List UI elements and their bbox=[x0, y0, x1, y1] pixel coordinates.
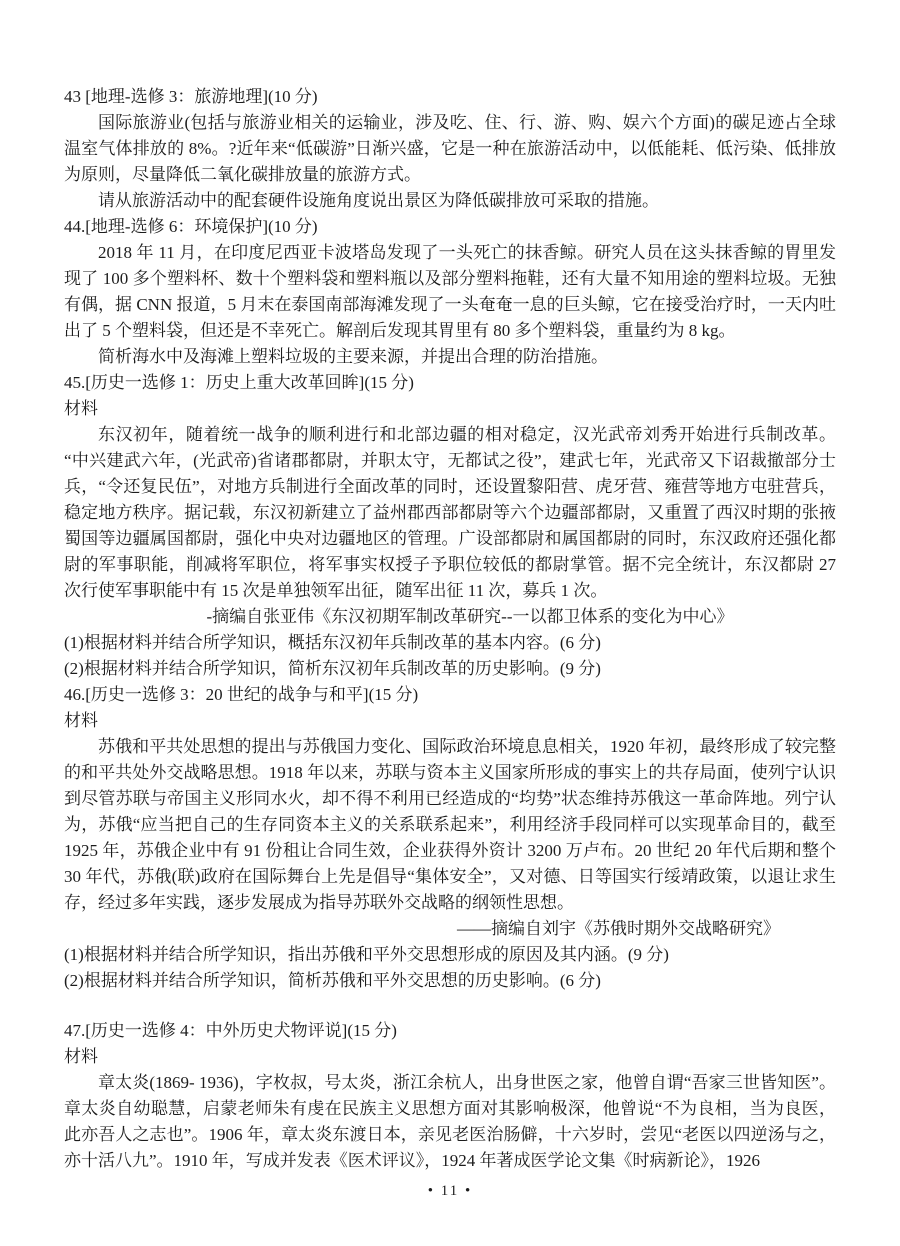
section-question-45: 45.[历史一选修 1：历史上重大改革回眸](15 分) 材料 东汉初年，随着统… bbox=[64, 370, 836, 682]
question-46-material-label: 材料 bbox=[64, 708, 836, 734]
question-45-heading: 45.[历史一选修 1：历史上重大改革回眸](15 分) bbox=[64, 370, 836, 396]
question-43-heading: 43 [地理-选修 3：旅游地理](10 分) bbox=[64, 84, 836, 110]
exam-page: 43 [地理-选修 3：旅游地理](10 分) 国际旅游业(包括与旅游业相关的运… bbox=[0, 0, 900, 1246]
question-46-subquestion-2: (2)根据材料并结合所学知识，简析苏俄和平外交思想的历史影响。(6 分) bbox=[64, 968, 836, 994]
question-47-material-text: 章太炎(1869- 1936)，字枚叔，号太炎，浙江余杭人，出身世医之家，他曾自… bbox=[64, 1070, 836, 1174]
section-question-43: 43 [地理-选修 3：旅游地理](10 分) 国际旅游业(包括与旅游业相关的运… bbox=[64, 84, 836, 214]
question-46-material-text: 苏俄和平共处思想的提出与苏俄国力变化、国际政治环境息息相关，1920 年初，最终… bbox=[64, 734, 836, 916]
question-46-subquestion-1: (1)根据材料并结合所学知识，指出苏俄和平外交思想形成的原因及其内涵。(9 分) bbox=[64, 942, 836, 968]
question-45-citation: -摘编自张亚伟《东汉初期军制改革研究--一以都卫体系的变化为中心》 bbox=[64, 604, 836, 630]
question-44-heading: 44.[地理-选修 6：环境保护](10 分) bbox=[64, 214, 836, 240]
page-number: • 11 • bbox=[64, 1178, 836, 1204]
section-question-44: 44.[地理-选修 6：环境保护](10 分) 2018 年 11 月，在印度尼… bbox=[64, 214, 836, 370]
question-43-material-text: 国际旅游业(包括与旅游业相关的运输业，涉及吃、住、行、游、购、娱六个方面)的碳足… bbox=[64, 110, 836, 188]
section-question-47: 47.[历史一选修 4：中外历史犬物评说](15 分) 材料 章太炎(1869-… bbox=[64, 1018, 836, 1174]
question-43-task-text: 请从旅游活动中的配套硬件设施角度说出景区为降低碳排放可采取的措施。 bbox=[64, 188, 836, 214]
question-46-citation: ——摘编自刘宇《苏俄时期外交战略研究》 bbox=[64, 916, 836, 942]
question-45-subquestion-1: (1)根据材料并结合所学知识，概括东汉初年兵制改革的基本内容。(6 分) bbox=[64, 630, 836, 656]
question-45-subquestion-2: (2)根据材料并结合所学知识，简析东汉初年兵制改革的历史影响。(9 分) bbox=[64, 656, 836, 682]
question-46-heading: 46.[历史一选修 3：20 世纪的战争与和平](15 分) bbox=[64, 682, 836, 708]
section-question-46: 46.[历史一选修 3：20 世纪的战争与和平](15 分) 材料 苏俄和平共处… bbox=[64, 682, 836, 994]
question-44-material-text: 2018 年 11 月，在印度尼西亚卡波塔岛发现了一头死亡的抹香鲸。研究人员在这… bbox=[64, 240, 836, 344]
question-45-material-text: 东汉初年，随着统一战争的顺利进行和北部边疆的相对稳定，汉光武帝刘秀开始进行兵制改… bbox=[64, 422, 836, 604]
question-45-material-label: 材料 bbox=[64, 396, 836, 422]
question-47-material-label: 材料 bbox=[64, 1044, 836, 1070]
question-47-heading: 47.[历史一选修 4：中外历史犬物评说](15 分) bbox=[64, 1018, 836, 1044]
question-44-task-text: 简析海水中及海滩上塑料垃圾的主要来源，并提出合理的防治措施。 bbox=[64, 344, 836, 370]
